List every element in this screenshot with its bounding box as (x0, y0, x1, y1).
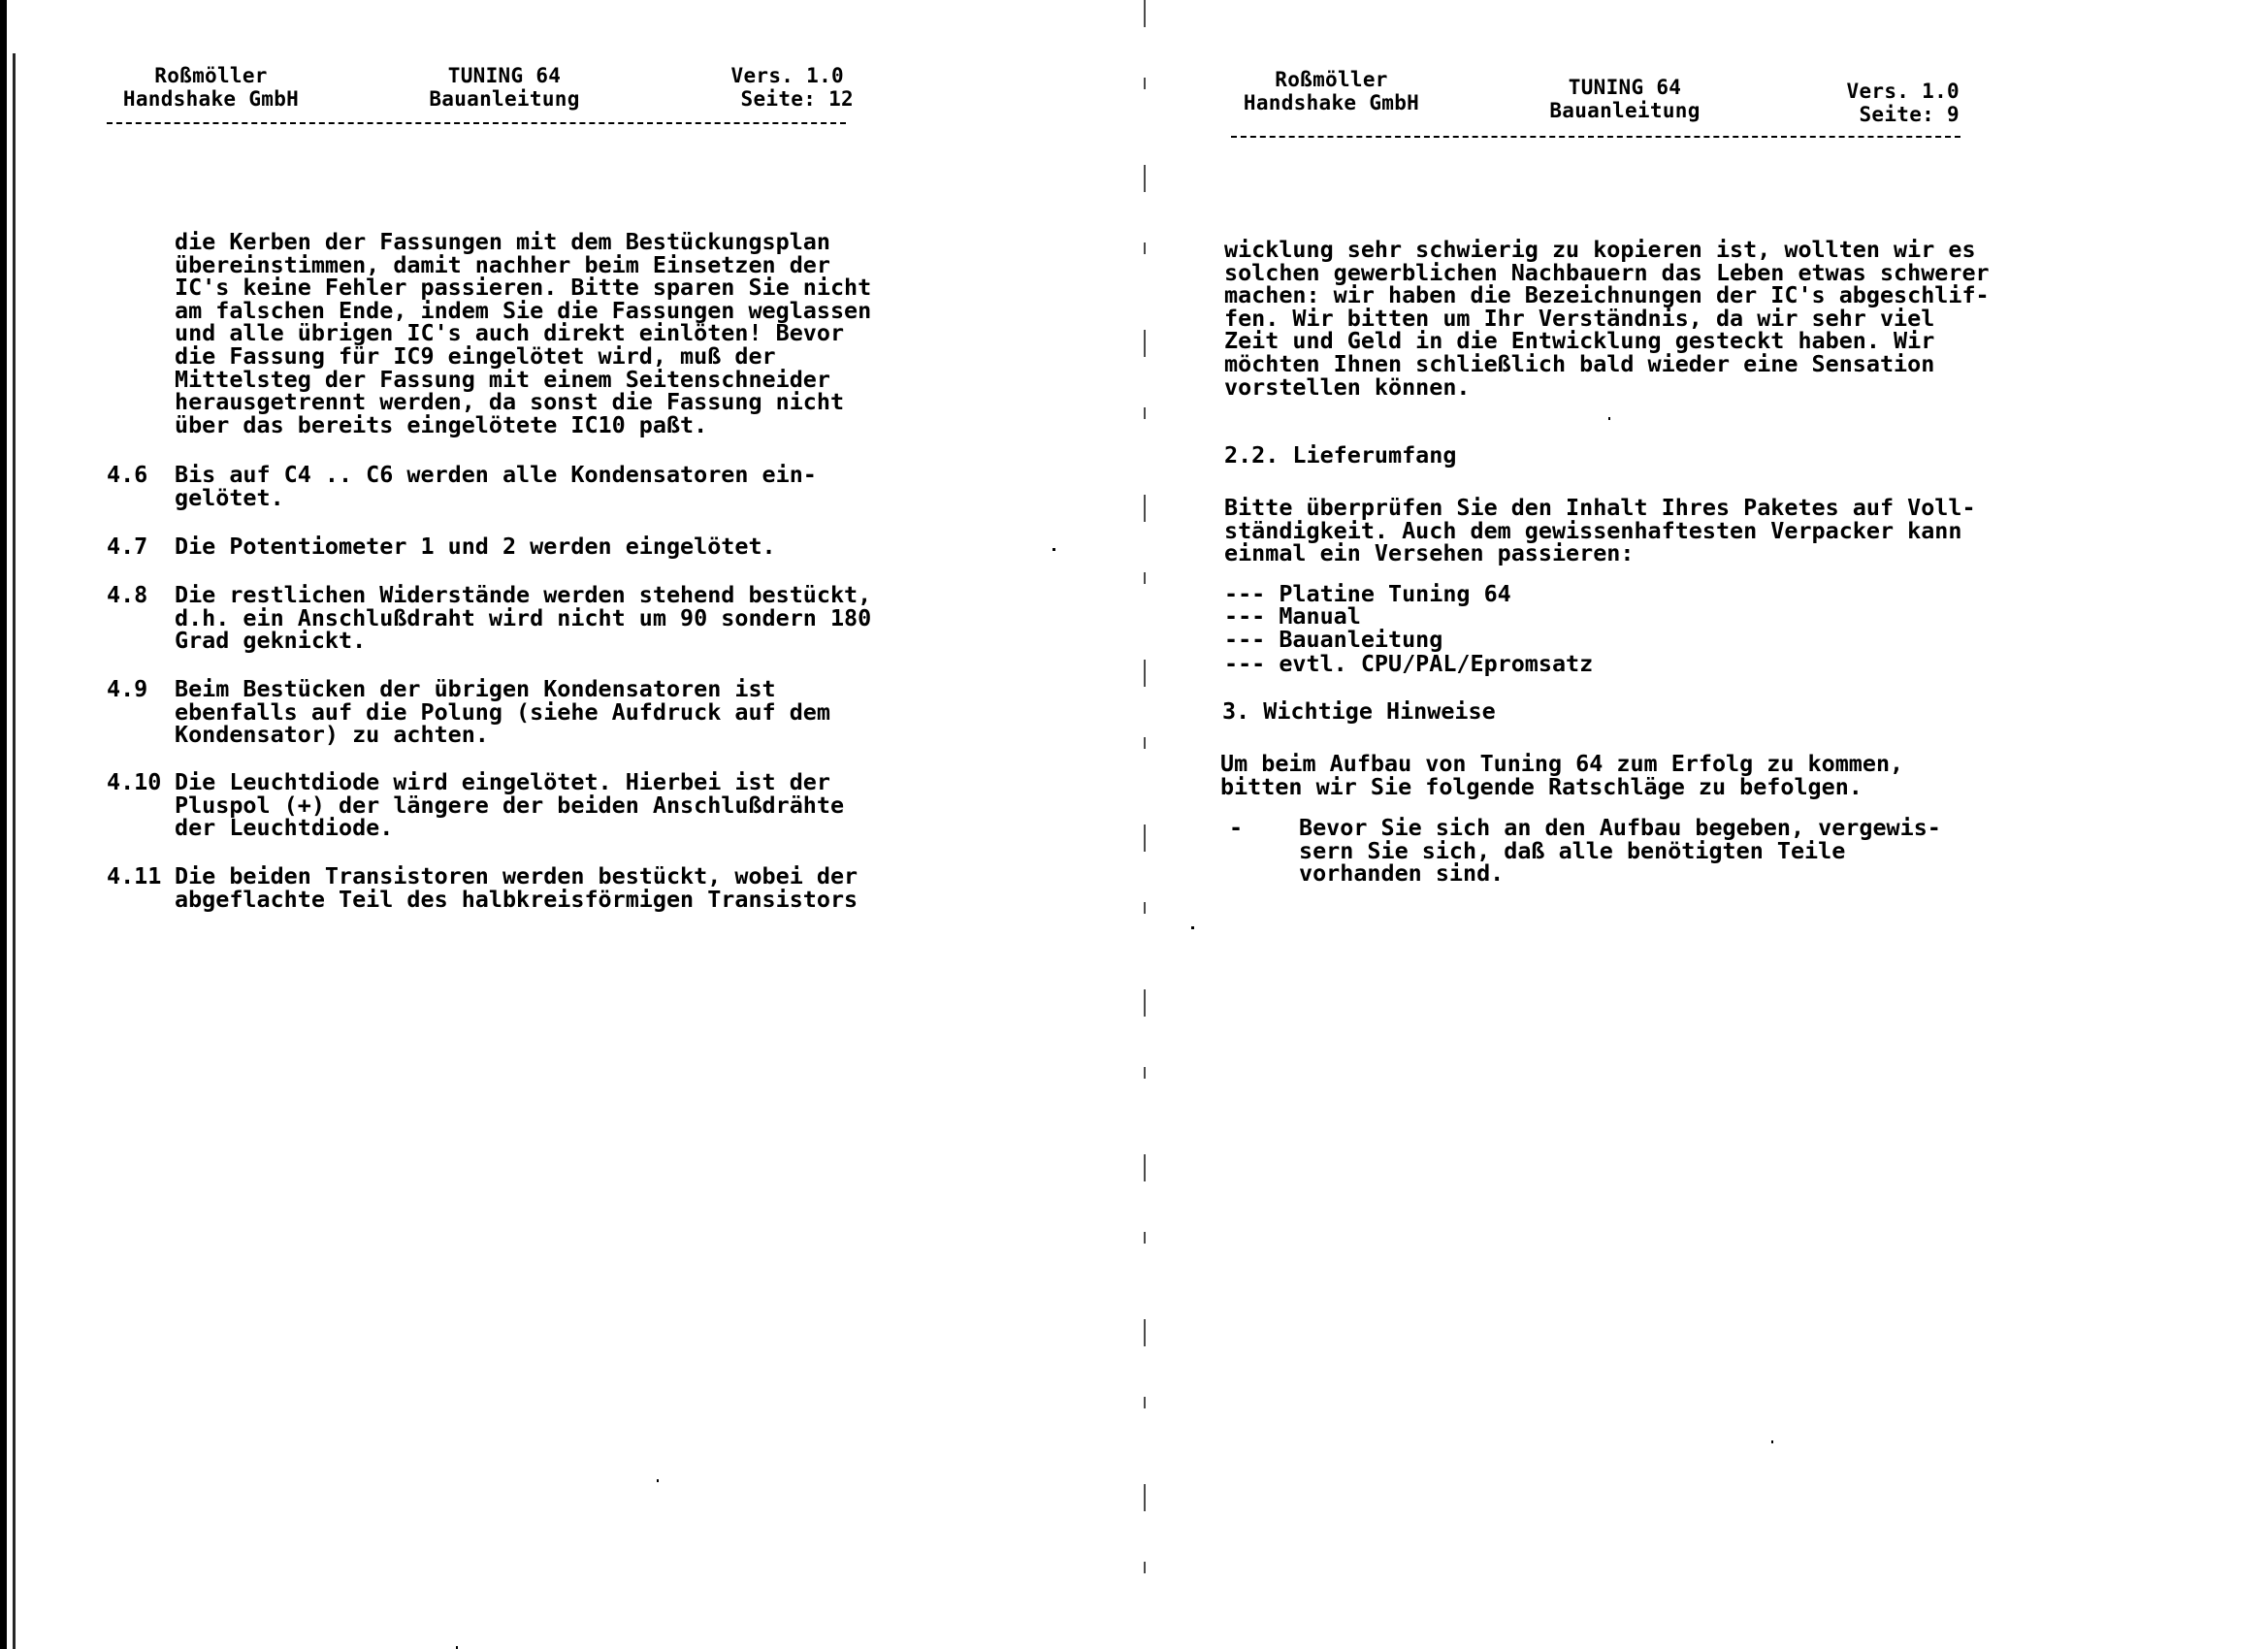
scan-speck (1053, 548, 1055, 551)
page-header: RoßmöllerHandshake GmbH TUNING 64Bauanle… (1227, 68, 1964, 126)
page-gutter (1144, 0, 1146, 1649)
step-number: 4.6 (107, 464, 147, 487)
step-item: 4.10 Die Leuchtdiode wird eingelötet. Hi… (107, 771, 161, 862)
section-heading: 3. Wichtige Hinweise (1222, 700, 1496, 724)
step-number: 4.9 (107, 678, 147, 701)
header-title: TUNING 64Bauanleitung (1518, 76, 1732, 122)
step-item: 4.8 Die restlichen Widerstände werden st… (107, 584, 161, 675)
header-version: Vers. 1.0Seite: 9 (1809, 80, 1960, 126)
bullet-marker: - (1229, 817, 1243, 840)
document-subtitle: Bauanleitung (398, 87, 611, 111)
left-page: RoßmöllerHandshake GmbH TUNING 64Bauanle… (0, 0, 1140, 1649)
company-name: Roßmöller (1227, 68, 1436, 91)
document-subtitle: Bauanleitung (1518, 99, 1732, 122)
right-page: RoßmöllerHandshake GmbH TUNING 64Bauanle… (1150, 0, 2268, 1649)
version-label: Vers. 1.0 (1809, 80, 1960, 103)
page-header: RoßmöllerHandshake GmbH TUNING 64Bauanle… (107, 64, 854, 113)
step-item: 4.11 Die beiden Transistoren werden best… (107, 865, 161, 956)
header-company: RoßmöllerHandshake GmbH (107, 64, 315, 111)
hint-bullet: - Bevor Sie sich an den Aufbau begeben, … (1231, 817, 1285, 908)
version-label: Vers. 1.0 (708, 64, 844, 87)
step-text: Die Leuchtdiode wird eingelötet. Hierbei… (175, 771, 844, 840)
step-number: 4.11 (107, 865, 161, 889)
step-number: 4.8 (107, 584, 147, 607)
intro-paragraph: wicklung sehr schwierig zu kopieren ist,… (1224, 239, 1990, 399)
step-number: 4.10 (107, 771, 161, 794)
header-rule (1231, 136, 1960, 138)
header-version: Vers. 1.0Seite: 12 (708, 64, 854, 111)
intro-paragraph: die Kerben der Fassungen mit dem Bestück… (175, 231, 871, 436)
step-text: Die restlichen Widerstände werden stehen… (175, 584, 871, 653)
section-paragraph: Um beim Aufbau von Tuning 64 zum Erfolg … (1220, 753, 1903, 798)
scan-speck (657, 1479, 659, 1482)
header-company: RoßmöllerHandshake GmbH (1227, 68, 1436, 114)
step-number: 4.7 (107, 535, 147, 559)
scan-speck (1771, 1440, 1773, 1443)
header-title: TUNING 64Bauanleitung (398, 64, 611, 111)
step-text: Bis auf C4 .. C6 werden alle Kondensator… (175, 464, 817, 509)
step-text: Beim Bestücken der übrigen Kondensatoren… (175, 678, 830, 747)
section-paragraph: Bitte überprüfen Sie den Inhalt Ihres Pa… (1224, 497, 1976, 566)
page-number: Seite: 12 (708, 87, 854, 111)
document-title: TUNING 64 (398, 64, 611, 87)
header-rule (107, 122, 846, 124)
step-item: 4.9 Beim Bestücken der übrigen Kondensat… (107, 678, 161, 769)
bullet-text: Bevor Sie sich an den Aufbau begeben, ve… (1299, 817, 1941, 886)
delivery-list-item: --- Bauanleitung (1224, 629, 1442, 652)
scan-speck (1608, 417, 1610, 420)
step-text: Die Potentiometer 1 und 2 werden eingelö… (175, 535, 776, 559)
page-number: Seite: 9 (1809, 103, 1960, 126)
company-subname: Handshake GmbH (107, 87, 315, 111)
company-subname: Handshake GmbH (1227, 91, 1436, 114)
delivery-list-item: --- evtl. CPU/PAL/Epromsatz (1224, 653, 1593, 676)
company-name: Roßmöller (107, 64, 315, 87)
section-heading: 2.2. Lieferumfang (1224, 444, 1456, 468)
step-text: Die beiden Transistoren werden bestückt,… (175, 865, 858, 911)
document-title: TUNING 64 (1518, 76, 1732, 99)
scan-speck (1191, 926, 1194, 929)
